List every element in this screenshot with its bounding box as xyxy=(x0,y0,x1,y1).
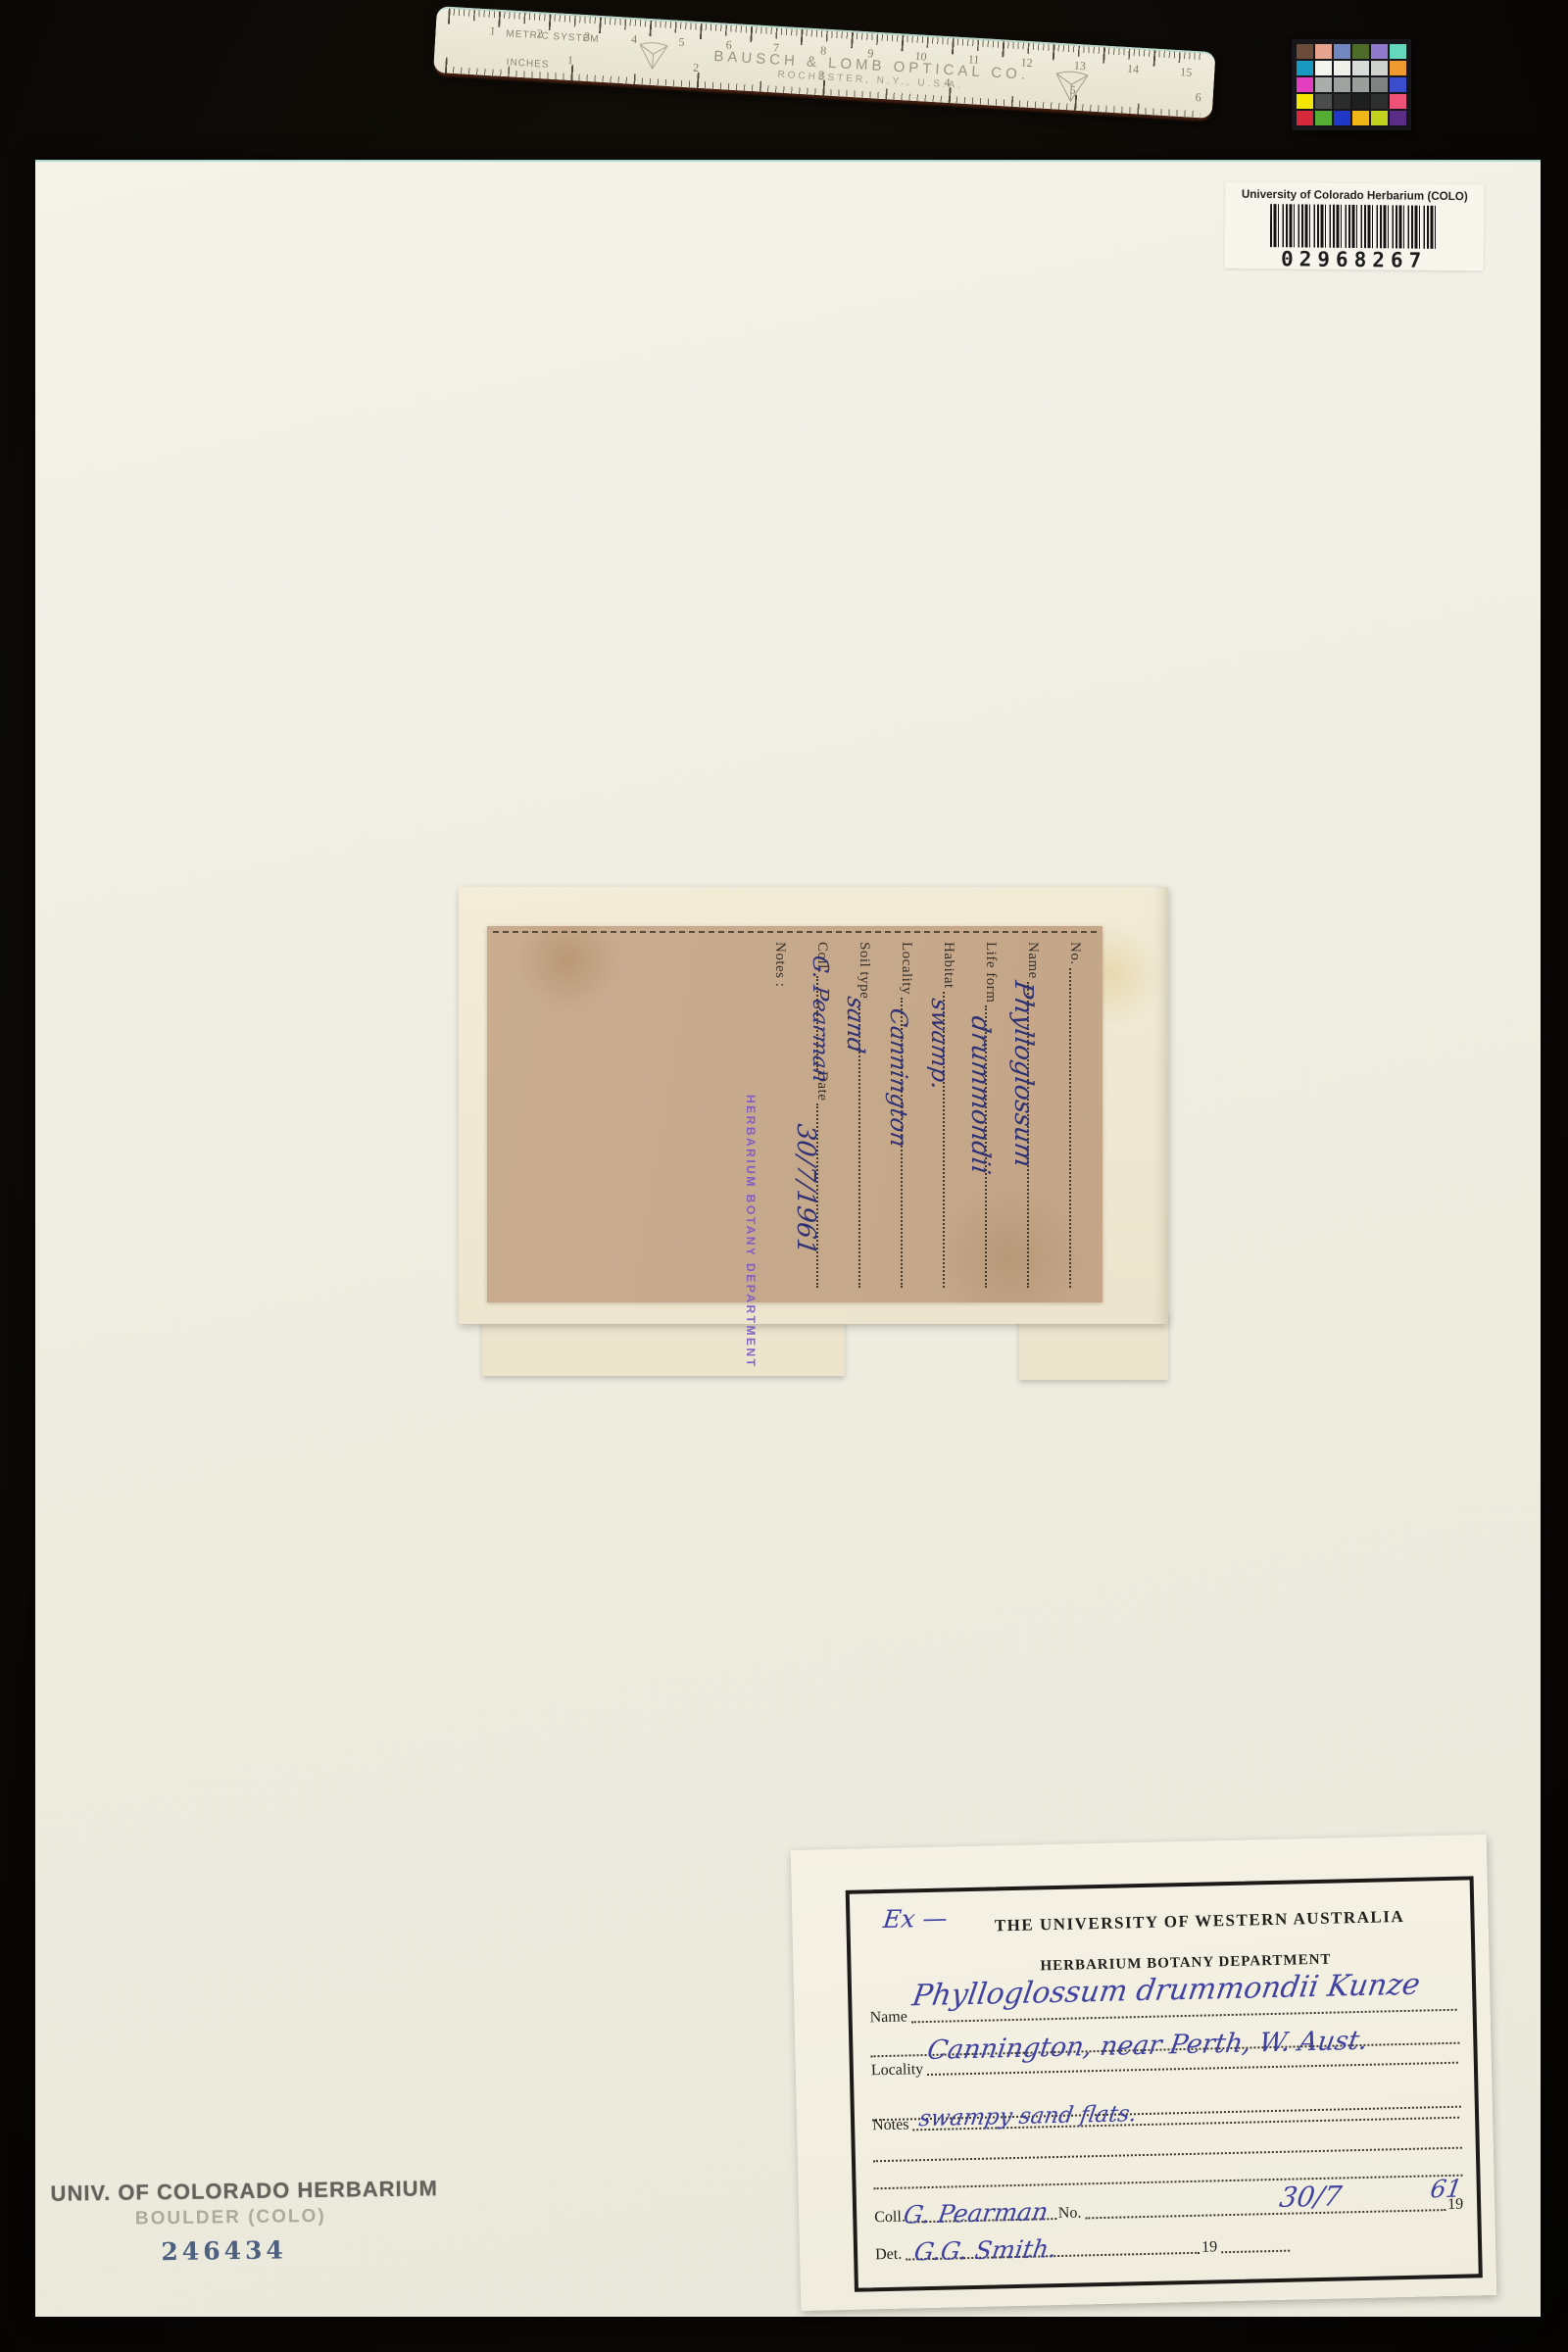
color-swatch xyxy=(1390,111,1406,125)
color-swatch xyxy=(1315,44,1332,59)
dotted-rule xyxy=(874,2175,1463,2190)
color-swatch xyxy=(1315,77,1332,92)
packet-label: No. Name Life form Habitat Locality Soil… xyxy=(487,926,1102,1302)
color-swatch xyxy=(1297,94,1313,109)
field-label: Notes xyxy=(872,2116,909,2134)
color-swatch-grid xyxy=(1297,44,1406,125)
packet-department-stamp: HERBARIUM BOTANY DEPARTMENT xyxy=(744,1095,758,1369)
color-swatch xyxy=(1390,44,1406,59)
color-swatch xyxy=(1390,61,1406,75)
packet-collector-handwriting: G. Pearman xyxy=(808,954,832,1084)
color-swatch xyxy=(1390,77,1406,92)
packet-locality-handwriting: Cannington xyxy=(885,1006,912,1150)
color-swatch xyxy=(1352,111,1369,125)
photo-backdrop: 123456789101112131415 METRIC SYSTEM BAUS… xyxy=(0,0,1568,2352)
field-label: Name xyxy=(869,2008,907,2027)
color-swatch xyxy=(1334,44,1350,59)
spacer xyxy=(1292,2251,1464,2255)
color-swatch xyxy=(1390,94,1406,109)
colo-stamp-line1: UNIV. OF COLORADO HERBARIUM xyxy=(50,2176,438,2207)
uwa-notes-handwriting: swampy sand flats. xyxy=(917,2101,1139,2131)
packet-field-habitat: Habitat xyxy=(940,942,956,1289)
dotted-leader xyxy=(1069,968,1072,1288)
uwa-label-border: Ex — THE UNIVERSITY OF WESTERN AUSTRALIA… xyxy=(846,1876,1483,2291)
color-swatch xyxy=(1371,111,1388,125)
field-label: Notes : xyxy=(771,942,788,987)
color-swatch xyxy=(1297,44,1313,59)
packet-soil-handwriting: sand xyxy=(842,995,869,1054)
field-label: Locality xyxy=(898,942,914,995)
color-swatch xyxy=(1371,61,1388,75)
color-swatch xyxy=(1297,111,1313,125)
field-label: Life form xyxy=(982,942,999,1003)
field-label: Name xyxy=(1024,942,1041,979)
color-swatch xyxy=(1315,94,1332,109)
uwa-collector-handwriting: G. Pearman xyxy=(902,2197,1050,2229)
colo-accession-stamp: UNIV. OF COLORADO HERBARIUM BOULDER (COL… xyxy=(50,2176,439,2268)
field-label: No. xyxy=(1066,942,1083,965)
barcode-label-title: University of Colorado Herbarium (COLO) xyxy=(1229,187,1480,204)
color-swatch xyxy=(1371,94,1388,109)
color-swatch xyxy=(1297,61,1313,75)
dotted-leader xyxy=(1085,2208,1445,2219)
color-swatch xyxy=(1352,61,1369,75)
barcode-label: University of Colorado Herbarium (COLO) … xyxy=(1225,182,1485,271)
color-calibration-chart xyxy=(1292,39,1411,130)
barcode-number: 02968267 xyxy=(1225,247,1484,273)
uwa-determiner-handwriting: G.G. Smith. xyxy=(912,2234,1058,2266)
color-swatch xyxy=(1371,44,1388,59)
field-label: No. xyxy=(1058,2204,1082,2223)
field-label: Coll. xyxy=(874,2209,906,2228)
barcode xyxy=(1270,204,1439,249)
uwa-label: Ex — THE UNIVERSITY OF WESTERN AUSTRALIA… xyxy=(791,1835,1496,2311)
packet-field-no: No. xyxy=(1066,942,1083,1289)
color-swatch xyxy=(1334,111,1350,125)
packet-name-handwriting: Phylloglossum xyxy=(1008,979,1038,1169)
packet-field-soil-type: Soil type xyxy=(856,942,872,1289)
dotted-rule xyxy=(873,2147,1462,2163)
herbarium-sheet: University of Colorado Herbarium (COLO) … xyxy=(35,160,1541,2317)
color-swatch xyxy=(1352,94,1369,109)
color-swatch xyxy=(1334,61,1350,75)
color-swatch xyxy=(1315,111,1332,125)
color-swatch xyxy=(1334,94,1350,109)
dotted-leader xyxy=(1221,2249,1290,2254)
packet-name2-handwriting: drummondii xyxy=(965,1014,995,1176)
color-swatch xyxy=(1334,77,1350,92)
year-printed: 19 xyxy=(1201,2238,1217,2256)
uwa-year-handwriting: 61 xyxy=(1429,2175,1464,2204)
packet-field-notes: Notes : xyxy=(771,942,788,1289)
packet-date-handwriting: 30/7/1961 xyxy=(791,1122,820,1257)
color-swatch xyxy=(1352,77,1369,92)
packet-habitat-handwriting: swamp. xyxy=(926,997,954,1092)
color-swatch xyxy=(1371,77,1388,92)
ruler: 123456789101112131415 METRIC SYSTEM BAUS… xyxy=(433,6,1216,119)
color-swatch xyxy=(1297,77,1313,92)
field-label: Det. xyxy=(875,2246,903,2265)
uwa-date-handwriting: 30/7 xyxy=(1277,2180,1344,2214)
field-label: Soil type xyxy=(856,942,872,999)
field-label: Locality xyxy=(871,2061,924,2080)
colo-stamp-line2: BOULDER (COLO) xyxy=(135,2204,439,2229)
uwa-title: THE UNIVERSITY OF WESTERN AUSTRALIA xyxy=(938,1906,1460,1937)
colo-accession-number: 246434 xyxy=(161,2233,439,2266)
color-swatch xyxy=(1315,61,1332,75)
packet-label-rotated-content: No. Name Life form Habitat Locality Soil… xyxy=(487,926,1102,1302)
field-label: Habitat xyxy=(940,942,956,989)
color-swatch xyxy=(1352,44,1369,59)
